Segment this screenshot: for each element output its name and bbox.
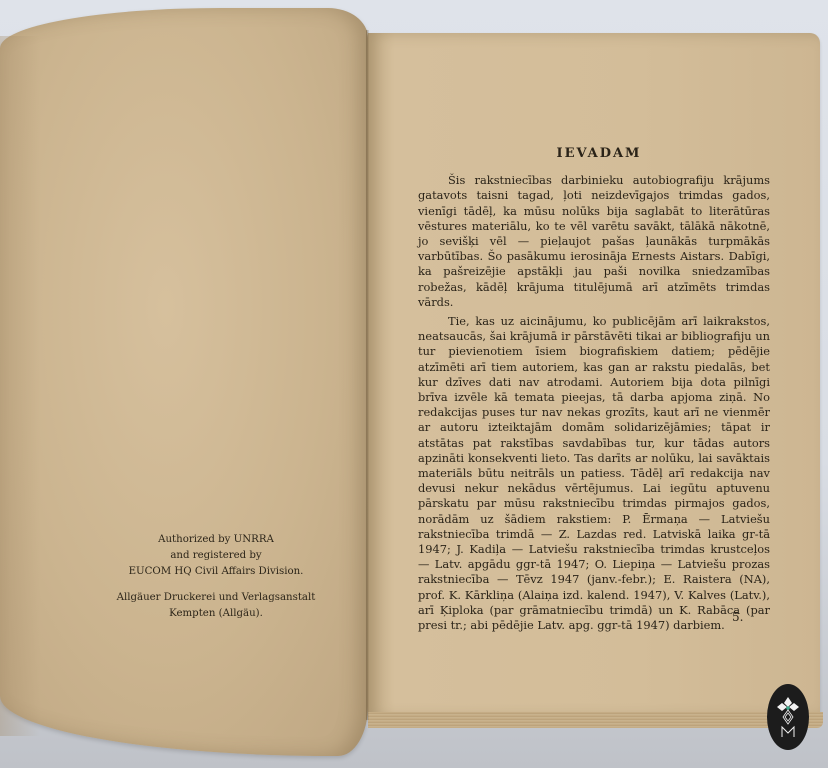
book-spread: Authorized by UNRRA and registered by EU… xyxy=(0,0,828,768)
imprint-line: and registered by xyxy=(96,548,336,564)
left-page xyxy=(0,8,368,756)
paragraph: Šis rakstniecības darbinieku autobiograf… xyxy=(418,173,770,310)
paragraph: Tie, kas uz aicinājumu, ko publicējām ar… xyxy=(418,314,770,633)
page-edges xyxy=(368,712,823,728)
introduction-text: IEVADAM Šis rakstniecības darbinieku aut… xyxy=(418,146,770,637)
book-spine xyxy=(366,30,369,720)
folk-ornament-logo-icon xyxy=(773,691,803,743)
page-number: 5. xyxy=(732,610,743,624)
printer-line: Allgäuer Druckerei und Verlagsanstalt xyxy=(96,590,336,606)
imprint-line: EUCOM HQ Civil Affairs Division. xyxy=(96,564,336,580)
imprint-line: Authorized by UNRRA xyxy=(96,532,336,548)
watermark-logo xyxy=(767,684,809,750)
page-heading: IEVADAM xyxy=(418,146,770,161)
imprint-block: Authorized by UNRRA and registered by EU… xyxy=(96,532,336,622)
printer-line: Kempten (Allgäu). xyxy=(96,606,336,622)
